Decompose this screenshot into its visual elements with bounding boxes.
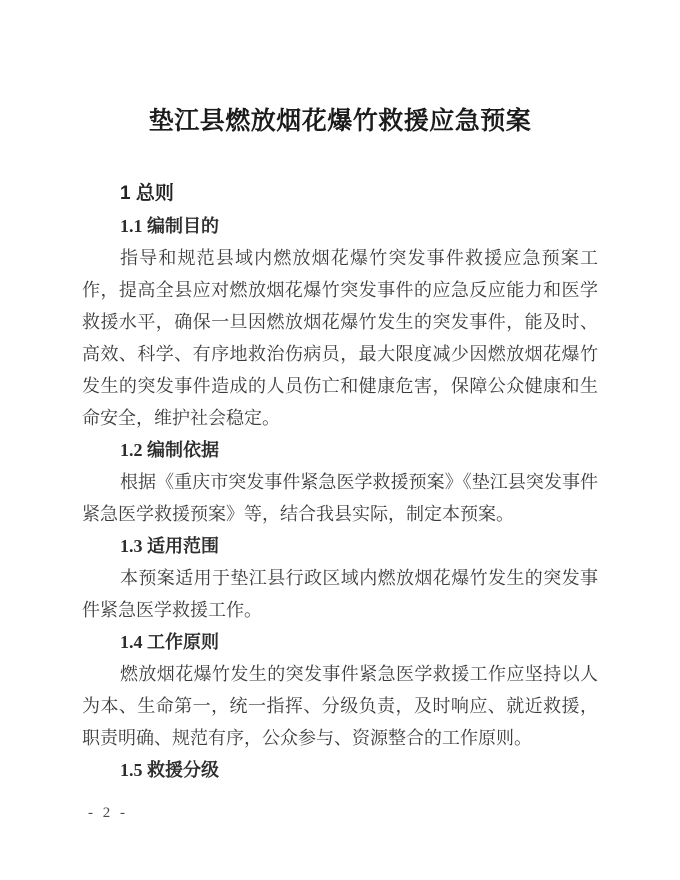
document-content: 1 总则1.1 编制目的指导和规范县域内燃放烟花爆竹突发事件救援应急预案工作，提… — [82, 178, 598, 786]
sub-heading: 1.4 工作原则 — [82, 626, 598, 658]
paragraph: 指导和规范县域内燃放烟花爆竹突发事件救援应急预案工作，提高全县应对燃放烟花爆竹突… — [82, 242, 598, 434]
sub-heading: 1.2 编制依据 — [82, 434, 598, 466]
page-number: - 2 - — [88, 803, 128, 823]
sub-heading: 1.3 适用范围 — [82, 530, 598, 562]
section-heading: 1 总则 — [82, 178, 598, 210]
sub-heading: 1.1 编制目的 — [82, 210, 598, 242]
paragraph: 燃放烟花爆竹发生的突发事件紧急医学救援工作应坚持以人为本、生命第一，统一指挥、分… — [82, 658, 598, 754]
paragraph: 本预案适用于垫江县行政区域内燃放烟花爆竹发生的突发事件紧急医学救援工作。 — [82, 562, 598, 626]
document-page: 垫江县燃放烟花爆竹救援应急预案 1 总则1.1 编制目的指导和规范县域内燃放烟花… — [0, 0, 680, 880]
document-title: 垫江县燃放烟花爆竹救援应急预案 — [0, 102, 680, 142]
paragraph: 根据《重庆市突发事件紧急医学救援预案》《垫江县突发事件紧急医学救援预案》等，结合… — [82, 466, 598, 530]
sub-heading: 1.5 救援分级 — [82, 754, 598, 786]
